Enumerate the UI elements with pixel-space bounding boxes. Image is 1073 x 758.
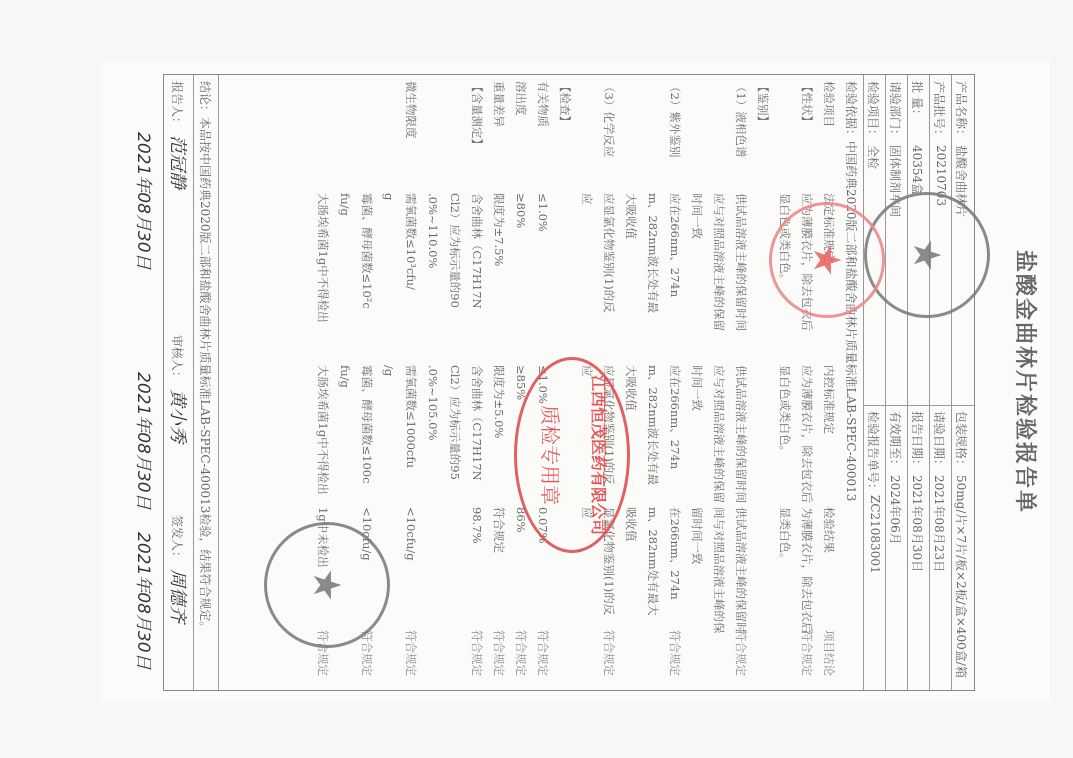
approver-date: 2021年08月30日: [133, 532, 158, 670]
table-cell-internal: 应为薄膜衣片，除去包衣后: [796, 365, 818, 515]
table-cell-item: [444, 81, 466, 191]
reviewer-signature: 黄小秀: [166, 389, 192, 443]
red-stamp-text: 质检专用章: [537, 360, 566, 550]
table-cell-conclusion: 符合规定: [796, 630, 818, 685]
table-cell-result: 吸收值: [620, 507, 642, 637]
table-cell-legal: 供试品溶液主峰的保留时间: [730, 193, 752, 338]
item-label: 检验项目：: [865, 81, 882, 141]
header-row-5: 检验项目： 全检 检验报告单号： ZC21083001: [863, 75, 886, 690]
table-cell-legal: fu/g: [334, 193, 356, 338]
table-cell-legal: g: [378, 193, 400, 338]
batch-label: 产品批号：: [931, 81, 948, 141]
table-cell-legal: 大吸收值: [620, 193, 642, 338]
product-name-label: 产品名称：: [953, 81, 970, 141]
report-date-label: 报告日期：: [909, 411, 926, 471]
column-header-item: 检验项目: [818, 81, 840, 191]
table-cell-legal: [554, 193, 576, 338]
table-cell-internal: fu/g: [334, 365, 356, 515]
column-header-internal: 内控标准规定: [818, 365, 840, 515]
package-spec-label: 包装规格：: [953, 411, 970, 471]
table-cell-internal: 需氧菌数≤1000cfu: [400, 365, 422, 515]
table-cell-item: 【性状】: [796, 81, 818, 191]
table-cell-internal: [752, 365, 774, 515]
table-cell-item: 微生物限度: [400, 81, 422, 191]
table-cell-conclusion: 符合规定: [510, 630, 532, 685]
column-legal: 法定标准规定应为薄膜衣片，除去包衣后显白色或类白色。 供试品溶液主峰的保留时间应…: [312, 193, 840, 338]
table-cell-legal: 需氧菌数≤10³cfu/: [400, 193, 422, 338]
table-cell-result: 留时间一致: [686, 507, 708, 637]
reporter-date: 2021年08月30日: [133, 132, 158, 270]
expiry: 2024年06月: [887, 475, 904, 545]
table-cell-item: （1）液相色谱: [730, 81, 752, 191]
table-cell-conclusion: 符合规定: [664, 630, 686, 685]
table-cell-item: （2）紫外鉴别: [664, 81, 686, 191]
table-cell-internal: 时间一致: [686, 365, 708, 515]
table-cell-result: [752, 507, 774, 637]
star-icon: ★: [805, 243, 849, 277]
table-cell-legal: 应与对照品溶液主峰的保留: [708, 193, 730, 338]
header-row-2: 产品批号： 20210703 请验日期： 2021年08月23日: [929, 75, 952, 690]
table-cell-conclusion: 符合规定: [488, 630, 510, 685]
table-cell-conclusion: [620, 630, 642, 685]
column-header-conclusion: 项目结论: [818, 630, 840, 685]
red-quality-stamp: 江西恒茂医药有限公司 质检专用章: [514, 357, 630, 553]
table-cell-legal: m、282nm波长处有最: [642, 193, 664, 338]
table-cell-result: 间与对照品溶液主峰的保: [708, 507, 730, 637]
table-cell-item: [422, 81, 444, 191]
table-cell-conclusion: 符合规定: [730, 630, 752, 685]
table-cell-result: [444, 507, 466, 637]
table-cell-item: （3）化学反应: [598, 81, 620, 191]
report-no-label: 检验报告单号：: [865, 411, 882, 495]
table-cell-legal: ≥80%: [510, 193, 532, 338]
table-cell-conclusion: [378, 630, 400, 685]
table-cell-legal: ≤1.0%: [532, 193, 554, 338]
table-cell-result: 为薄膜衣片，除去包衣后: [796, 507, 818, 637]
star-icon: ★: [305, 568, 349, 602]
table-cell-internal: 应与对照品溶液主峰的保留: [708, 365, 730, 515]
table-cell-conclusion: 符合规定: [466, 630, 488, 685]
table-cell-item: 溶出度: [510, 81, 532, 191]
table-cell-item: 有关物质: [532, 81, 554, 191]
table-cell-conclusion: [774, 630, 796, 685]
table-cell-conclusion: [642, 630, 664, 685]
report-title: 盐酸金曲林片检验报告单: [1011, 62, 1042, 702]
table-cell-conclusion: [554, 630, 576, 685]
header-divider: [864, 405, 974, 406]
table-cell-legal: 限度为±7.5%: [488, 193, 510, 338]
table-cell-internal: Cl2）应为标示量的95: [444, 365, 466, 515]
report-date: 2021年08月30日: [909, 475, 926, 572]
table-cell-item: 【检查】: [554, 81, 576, 191]
header-row-3: 批 量： 40354盒 报告日期： 2021年08月30日: [907, 75, 930, 690]
table-cell-result: 显类白色。: [774, 507, 796, 637]
star-icon: ★: [905, 238, 949, 272]
red-round-stamp: ★: [769, 202, 885, 318]
expiry-label: 有效期至：: [887, 411, 904, 471]
table-cell-conclusion: [686, 630, 708, 685]
table-cell-legal: 霉菌、酵母菌数≤10²c: [356, 193, 378, 338]
table-cell-conclusion: 符合规定: [532, 630, 554, 685]
table-cell-result: 符合规定: [488, 507, 510, 637]
header-row-1: 产品名称： 盐酸舍曲林片 包装规格： 50mg/片×7片/板×2板/盒×400盒…: [951, 75, 974, 690]
table-cell-conclusion: [576, 630, 598, 685]
table-cell-legal: .0%~110.0%: [422, 193, 444, 338]
table-cell-conclusion: [422, 630, 444, 685]
table-cell-result: <10cfu/g: [400, 507, 422, 637]
table-cell-item: [576, 81, 598, 191]
table-cell-legal: 应: [576, 193, 598, 338]
conclusion-text: 结论：本品按中国药典2020版二部和盐酸舍曲林片质量标准LAB-SPEC-400…: [197, 81, 214, 633]
table-cell-legal: Cl2）应为标示量的90: [444, 193, 466, 338]
table-cell-legal: 应显氯化物鉴别(1)的反: [598, 193, 620, 338]
grey-company-stamp-2: ★: [264, 522, 390, 648]
table-cell-item: 【含量测定】: [466, 81, 488, 191]
item: 全检: [865, 145, 882, 169]
table-cell-result: 供试品溶液主峰的保留时: [730, 507, 752, 637]
table-cell-result: 98.7%: [466, 507, 488, 637]
table-cell-item: 【鉴别】: [752, 81, 774, 191]
table-cell-item: 重量差异: [488, 81, 510, 191]
column-header-result: 检验结果: [818, 507, 840, 637]
signature-row: 报告人： 范冠静 审核人： 黄小秀 签发人： 周德齐: [164, 75, 194, 690]
table-cell-internal: 大肠埃希菌1g中不得检出: [312, 365, 334, 515]
table-cell-item: [620, 81, 642, 191]
quantity: 40354盒: [909, 145, 926, 195]
table-cell-item: [356, 81, 378, 191]
approver-label: 签发人：: [169, 515, 186, 563]
table-cell-result: m、282nm处有最大: [642, 507, 664, 637]
table-cell-internal: 应在266nm、274n: [664, 365, 686, 515]
table-cell-conclusion: 符合规定: [400, 630, 422, 685]
package-spec: 50mg/片×7片/板×2板/盒×400盒/箱: [953, 475, 970, 678]
table-cell-conclusion: 符合规定: [598, 630, 620, 685]
table-cell-internal: 供试品溶液主峰的保留时间: [730, 365, 752, 515]
table-cell-legal: 大肠埃希菌1g中不得检出: [312, 193, 334, 338]
basis-row: 检验依据：中国药典2020版二部和盐酸舍曲林片质量标准LAB-SPEC-4000…: [842, 75, 864, 690]
quantity-label: 批 量：: [909, 81, 926, 121]
table-cell-internal: 显白色或类白色。: [774, 365, 796, 515]
table-cell-result: 在266nm、274n: [664, 507, 686, 637]
table-cell-item: [774, 81, 796, 191]
table-cell-item: [686, 81, 708, 191]
inspection-report-page: 盐酸金曲林片检验报告单 产品名称： 盐酸舍曲林片 包装规格： 50mg/片×7片…: [100, 62, 1050, 702]
table-cell-internal: 霉菌、酵母菌数≤100c: [356, 365, 378, 515]
approver-signature: 周德齐: [166, 569, 192, 623]
table-cell-item: [334, 81, 356, 191]
header-row-4: 请验部门： 固体制剂车间 有效期至： 2024年06月: [885, 75, 908, 690]
reporter-label: 报告人：: [169, 81, 186, 129]
table-cell-item: [312, 81, 334, 191]
table-cell-item: [708, 81, 730, 191]
table-cell-conclusion: [444, 630, 466, 685]
table-cell-legal: 时间一致: [686, 193, 708, 338]
column-item: 检验项目【性状】 【鉴别】（1）液相色谱 （2）紫外鉴别 （3）化学反应 【检查…: [312, 81, 840, 191]
report-no: ZC21083001: [868, 495, 882, 574]
reporter-signature: 范冠静: [166, 135, 192, 189]
table-cell-conclusion: [708, 630, 730, 685]
table-cell-legal: 应在266nm、274n: [664, 193, 686, 338]
table-cell-result: 86%: [510, 507, 532, 637]
red-stamp-company: 江西恒茂医药有限公司: [588, 360, 611, 550]
inspect-date-label: 请验日期：: [931, 411, 948, 471]
table-cell-internal: 含舍曲林（C17H17N: [466, 365, 488, 515]
reviewer-label: 审核人：: [169, 335, 186, 383]
table-cell-item: [378, 81, 400, 191]
column-conclusion: 项目结论符合规定 符合规定 符合规定 符合规定 符合规定符合规定符合规定符合规定…: [312, 630, 840, 685]
reviewer-date: 2021年08月30日: [133, 372, 158, 510]
table-cell-result: [422, 507, 444, 637]
table-cell-internal: .0%~105.0%: [422, 365, 444, 515]
table-cell-item: [642, 81, 664, 191]
dept-label: 请验部门：: [887, 81, 904, 141]
table-cell-internal: m、282nm波长处有最: [642, 365, 664, 515]
inspect-date: 2021年08月23日: [931, 475, 948, 572]
table-cell-internal: 限度为±5.0%: [488, 365, 510, 515]
table-cell-conclusion: [752, 630, 774, 685]
table-cell-legal: 含舍曲林（C17H17N: [466, 193, 488, 338]
table-cell-internal: /g: [378, 365, 400, 515]
conclusion-row: 结论：本品按中国药典2020版二部和盐酸舍曲林片质量标准LAB-SPEC-400…: [193, 75, 219, 690]
